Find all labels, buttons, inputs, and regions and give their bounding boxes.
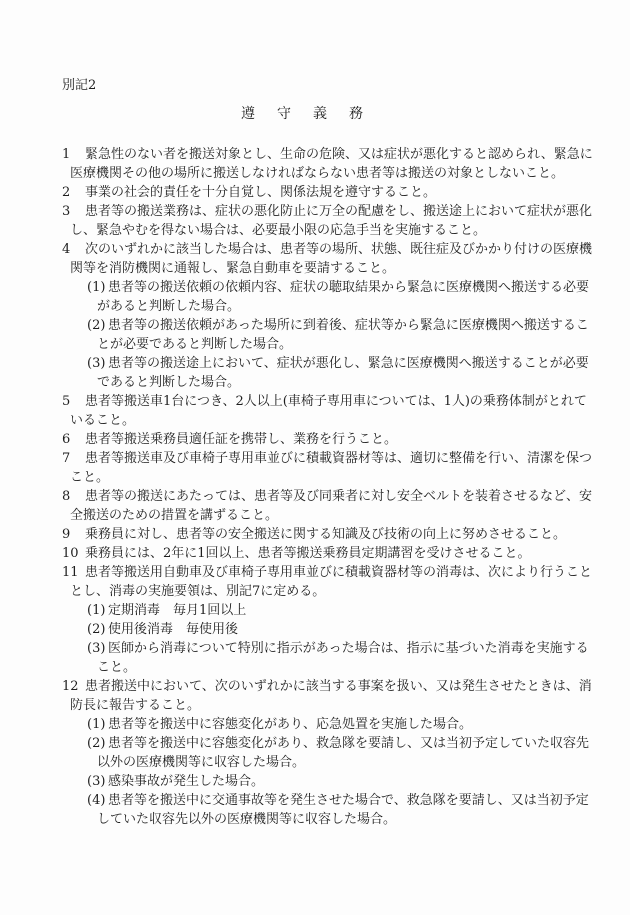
subitem-number: (3): [87, 354, 108, 373]
list-item-3: 3患者等の搬送業務は、症状の悪化防止に万全の配慮をし、搬送途上において症状が悪化…: [62, 202, 594, 240]
item-text: 患者等搬送乗務員適任証を携帯し、業務を行うこと。: [85, 432, 397, 447]
list-subitem-12-2: (2)患者等を搬送中に容態変化があり、救急隊を要請し、又は当初予定していた収容先…: [62, 734, 594, 772]
item-text: 患者等の搬送にあたっては、患者等及び同乗者に対し安全ベルトを装着させるなど、安全…: [70, 489, 592, 523]
item-text: 患者等の搬送業務は、症状の悪化防止に万全の配慮をし、搬送途上において症状が悪化し…: [70, 204, 592, 238]
item-text: 緊急性のない者を搬送対象とし、生命の危険、又は症状が悪化すると認められ、緊急に医…: [70, 147, 593, 181]
list-item-8: 8患者等の搬送にあたっては、患者等及び同乗者に対し安全ベルトを装着させるなど、安…: [62, 487, 594, 525]
subitem-text: 患者等を搬送中に容態変化があり、応急処置を実施した場合。: [108, 717, 472, 732]
item-text: 次のいずれかに該当した場合は、患者等の場所、状態、既往症及びかかり付けの医療機関…: [70, 242, 592, 276]
list-item-5: 5患者等搬送車1台につき、2人以上(車椅子専用車については、1人)の乗務体制がと…: [62, 392, 594, 430]
appendix-label: 別記2: [62, 76, 594, 95]
list-subitem-4-3: (3)患者等の搬送途上において、症状が悪化し、緊急に医療機関へ搬送することが必要…: [62, 354, 594, 392]
item-number: 10: [62, 544, 85, 563]
list-item-1: 1緊急性のない者を搬送対象とし、生命の危険、又は症状が悪化すると認められ、緊急に…: [62, 145, 594, 183]
subitem-text: 患者等を搬送中に容態変化があり、救急隊を要請し、又は当初予定していた収容先以外の…: [97, 736, 589, 770]
subitem-text: 患者等の搬送依頼があった場所に到着後、症状等から緊急に医療機関へ搬送することが必…: [97, 318, 589, 352]
page-title: 遵 守 義 務: [62, 105, 594, 124]
list-subitem-12-1: (1)患者等を搬送中に容態変化があり、応急処置を実施した場合。: [62, 715, 594, 734]
list-item-11: 11患者等搬送用自動車及び車椅子専用車並びに積載資器材等の消毒は、次により行うこ…: [62, 563, 594, 601]
document-page: 別記2 遵 守 義 務 1緊急性のない者を搬送対象とし、生命の危険、又は症状が悪…: [0, 0, 630, 915]
subitem-number: (2): [87, 316, 108, 335]
item-text: 患者搬送中において、次のいずれかに該当する事案を扱い、又は発生させたときは、消防…: [70, 679, 592, 713]
item-number: 6: [62, 430, 85, 449]
list-subitem-12-4: (4)患者等を搬送中に交通事故等を発生させた場合で、救急隊を要請し、又は当初予定…: [62, 791, 594, 829]
list-subitem-4-1: (1)患者等の搬送依頼の依頼内容、症状の聴取結果から緊急に医療機関へ搬送する必要…: [62, 278, 594, 316]
list-subitem-12-3: (3)感染事故が発生した場合。: [62, 772, 594, 791]
list-subitem-11-3: (3)医師から消毒について特別に指示があった場合は、指示に基づいた消毒を実施する…: [62, 639, 594, 677]
subitem-text: 定期消毒 毎月1回以上: [108, 603, 246, 618]
subitem-text: 使用後消毒 毎使用後: [108, 622, 238, 637]
item-number: 8: [62, 487, 85, 506]
list-item-12: 12患者搬送中において、次のいずれかに該当する事案を扱い、又は発生させたときは、…: [62, 677, 594, 715]
item-number: 4: [62, 240, 85, 259]
item-text: 患者等搬送車1台につき、2人以上(車椅子専用車については、1人)の乗務体制がとれ…: [70, 394, 587, 428]
subitem-number: (4): [87, 791, 108, 810]
subitem-number: (2): [87, 620, 108, 639]
list-item-6: 6患者等搬送乗務員適任証を携帯し、業務を行うこと。: [62, 430, 594, 449]
list-item-4: 4次のいずれかに該当した場合は、患者等の場所、状態、既往症及びかかり付けの医療機…: [62, 240, 594, 278]
list-item-2: 2事業の社会的責任を十分自覚し、関係法規を遵守すること。: [62, 183, 594, 202]
item-number: 5: [62, 392, 85, 411]
subitem-number: (1): [87, 601, 108, 620]
list-subitem-11-1: (1)定期消毒 毎月1回以上: [62, 601, 594, 620]
subitem-text: 患者等を搬送中に交通事故等を発生させた場合で、救急隊を要請し、又は当初予定してい…: [97, 793, 589, 827]
item-text: 患者等搬送車及び車椅子専用車並びに積載資器材等は、適切に整備を行い、清潔を保つこ…: [70, 451, 592, 485]
item-text: 患者等搬送用自動車及び車椅子専用車並びに積載資器材等の消毒は、次により行うことと…: [70, 565, 592, 599]
item-number: 7: [62, 449, 85, 468]
subitem-number: (1): [87, 715, 108, 734]
subitem-text: 医師から消毒について特別に指示があった場合は、指示に基づいた消毒を実施すること。: [97, 641, 589, 675]
item-number: 3: [62, 202, 85, 221]
subitem-text: 患者等の搬送途上において、症状が悪化し、緊急に医療機関へ搬送することが必要である…: [97, 356, 589, 390]
list-subitem-11-2: (2)使用後消毒 毎使用後: [62, 620, 594, 639]
subitem-text: 感染事故が発生した場合。: [108, 774, 264, 789]
item-number: 1: [62, 145, 85, 164]
item-number: 9: [62, 525, 85, 544]
subitem-text: 患者等の搬送依頼の依頼内容、症状の聴取結果から緊急に医療機関へ搬送する必要がある…: [97, 280, 589, 314]
subitem-number: (2): [87, 734, 108, 753]
item-number: 2: [62, 183, 85, 202]
list-item-9: 9乗務員に対し、患者等の安全搬送に関する知識及び技術の向上に努めさせること。: [62, 525, 594, 544]
item-number: 12: [62, 677, 85, 696]
document-body: 1緊急性のない者を搬送対象とし、生命の危険、又は症状が悪化すると認められ、緊急に…: [62, 145, 594, 829]
item-text: 乗務員には、2年に1回以上、患者等搬送乗務員定期講習を受けさせること。: [85, 546, 531, 561]
list-item-7: 7患者等搬送車及び車椅子専用車並びに積載資器材等は、適切に整備を行い、清潔を保つ…: [62, 449, 594, 487]
subitem-number: (1): [87, 278, 108, 297]
subitem-number: (3): [87, 772, 108, 791]
list-item-10: 10乗務員には、2年に1回以上、患者等搬送乗務員定期講習を受けさせること。: [62, 544, 594, 563]
list-subitem-4-2: (2)患者等の搬送依頼があった場所に到着後、症状等から緊急に医療機関へ搬送するこ…: [62, 316, 594, 354]
item-text: 乗務員に対し、患者等の安全搬送に関する知識及び技術の向上に努めさせること。: [85, 527, 566, 542]
item-text: 事業の社会的責任を十分自覚し、関係法規を遵守すること。: [85, 185, 436, 200]
subitem-number: (3): [87, 639, 108, 658]
item-number: 11: [62, 563, 85, 582]
